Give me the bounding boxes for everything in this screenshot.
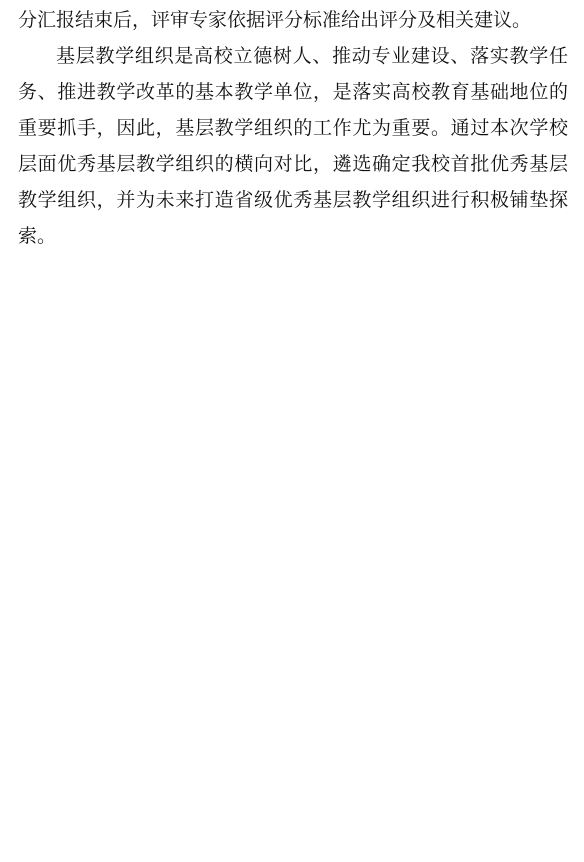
paragraph-line: 务、推进教学改革的基本教学单位，是落实高校教育基础地位的 [18,74,568,110]
paragraph-line: 基层教学组织是高校立德树人、推动专业建设、落实教学任 [18,38,568,74]
paragraph-line: 分汇报结束后，评审专家依据评分标准给出评分及相关建议。 [18,2,568,38]
paragraph-line: 索。 [18,218,568,254]
paragraph-line: 教学组织，并为未来打造省级优秀基层教学组织进行积极铺垫探 [18,182,568,218]
paragraph-line: 层面优秀基层教学组织的横向对比，遴选确定我校首批优秀基层 [18,146,568,182]
document-page: 分汇报结束后，评审专家依据评分标准给出评分及相关建议。 基层教学组织是高校立德树… [18,2,568,254]
paragraph-line: 重要抓手，因此，基层教学组织的工作尤为重要。通过本次学校 [18,110,568,146]
paragraph-1: 分汇报结束后，评审专家依据评分标准给出评分及相关建议。 [18,2,568,38]
paragraph-2: 基层教学组织是高校立德树人、推动专业建设、落实教学任 务、推进教学改革的基本教学… [18,38,568,254]
